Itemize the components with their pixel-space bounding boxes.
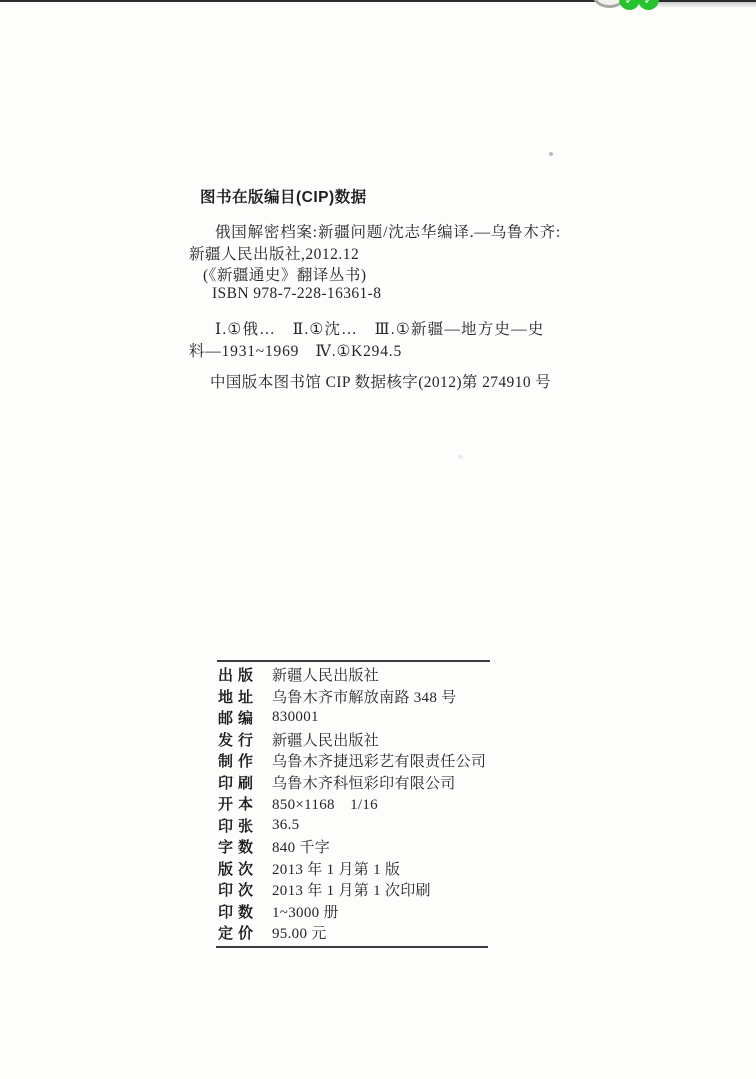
scan-top-edge-shadow bbox=[655, 2, 756, 8]
colophon-label: 开本 bbox=[218, 793, 253, 814]
colophon-label: 发行 bbox=[218, 729, 253, 750]
colophon-value: 乌鲁木齐市解放南路 348 号 bbox=[272, 686, 457, 707]
colophon-label: 定价 bbox=[218, 922, 253, 943]
cip-series-note: (《新疆通史》翻译丛书) bbox=[203, 263, 367, 285]
colophon-row-publisher: 出版 新疆人民出版社 bbox=[218, 664, 518, 686]
colophon-row-edition: 版次 2013 年 1 月第 1 版 bbox=[218, 858, 518, 880]
colophon-table: 出版 新疆人民出版社 地址 乌鲁木齐市解放南路 348 号 邮编 830001 … bbox=[218, 664, 518, 944]
colophon-value: 840 千字 bbox=[272, 836, 330, 857]
colophon-row-printrun: 印数 1~3000 册 bbox=[218, 901, 518, 923]
colophon-value: 850×1168 1/16 bbox=[272, 793, 378, 814]
cip-heading: 图书在版编目(CIP)数据 bbox=[200, 185, 367, 207]
colophon-row-sheets: 印张 36.5 bbox=[218, 815, 518, 837]
colophon-row-address: 地址 乌鲁木齐市解放南路 348 号 bbox=[218, 686, 518, 708]
isbn-number: ISBN 978-7-228-16361-8 bbox=[212, 285, 381, 303]
colophon-label: 印刷 bbox=[218, 772, 253, 793]
cip-classification-line-1: Ⅰ.①俄… Ⅱ.①沈… Ⅲ.①新疆—地方史—史 bbox=[215, 317, 545, 339]
check-badge-icon[interactable]: ✓ bbox=[619, 0, 640, 10]
colophon-label: 印次 bbox=[218, 879, 253, 900]
cip-registry-number: 中国版本图书馆 CIP 数据核字(2012)第 274910 号 bbox=[210, 370, 551, 392]
colophon-value: 2013 年 1 月第 1 次印刷 bbox=[272, 879, 431, 900]
cip-classification-line-2: 料—1931~1969 Ⅳ.①K294.5 bbox=[189, 339, 402, 361]
colophon-label: 邮编 bbox=[218, 707, 253, 728]
colophon-label: 印张 bbox=[218, 815, 253, 836]
check-icon: ✓ bbox=[624, 0, 634, 6]
colophon-value: 乌鲁木齐捷迅彩艺有限责任公司 bbox=[272, 750, 486, 771]
cip-record-line-1: 俄国解密档案:新疆问题/沈志华编译.—乌鲁木齐: bbox=[215, 220, 561, 242]
colophon-value: 新疆人民出版社 bbox=[272, 729, 379, 750]
colophon-value: 2013 年 1 月第 1 版 bbox=[272, 858, 400, 879]
colophon-label: 字数 bbox=[218, 836, 253, 857]
colophon-bottom-divider bbox=[216, 946, 488, 948]
colophon-label: 制作 bbox=[218, 750, 253, 771]
colophon-value: 36.5 bbox=[272, 817, 299, 834]
colophon-label: 版次 bbox=[218, 858, 253, 879]
colophon-row-postcode: 邮编 830001 bbox=[218, 707, 518, 729]
colophon-row-printer: 印刷 乌鲁木齐科恒彩印有限公司 bbox=[218, 772, 518, 794]
colophon-row-format: 开本 850×1168 1/16 bbox=[218, 793, 518, 815]
colophon-value: 新疆人民出版社 bbox=[272, 664, 379, 685]
colophon-label: 出版 bbox=[218, 664, 253, 685]
colophon-value: 1~3000 册 bbox=[272, 901, 339, 922]
colophon-value: 830001 bbox=[272, 709, 319, 726]
colophon-value: 乌鲁木齐科恒彩印有限公司 bbox=[272, 772, 456, 793]
colophon-row-price: 定价 95.00 元 bbox=[218, 922, 518, 944]
scanned-book-copyright-page: ✓ ✓ 图书在版编目(CIP)数据 俄国解密档案:新疆问题/沈志华编译.—乌鲁木… bbox=[0, 0, 756, 1079]
colophon-value: 95.00 元 bbox=[272, 922, 327, 943]
check-badge-icon[interactable]: ✓ bbox=[638, 0, 659, 10]
colophon-top-divider bbox=[217, 660, 490, 662]
cip-record-line-2: 新疆人民出版社,2012.12 bbox=[189, 242, 359, 264]
colophon-row-distributor: 发行 新疆人民出版社 bbox=[218, 729, 518, 751]
scan-speck bbox=[458, 455, 463, 459]
colophon-label: 印数 bbox=[218, 901, 253, 922]
check-icon: ✓ bbox=[643, 0, 653, 6]
colophon-row-impression: 印次 2013 年 1 月第 1 次印刷 bbox=[218, 879, 518, 901]
colophon-row-production: 制作 乌鲁木齐捷迅彩艺有限责任公司 bbox=[218, 750, 518, 772]
colophon-row-wordcount: 字数 840 千字 bbox=[218, 836, 518, 858]
colophon-label: 地址 bbox=[218, 686, 253, 707]
scan-speck bbox=[549, 152, 553, 156]
